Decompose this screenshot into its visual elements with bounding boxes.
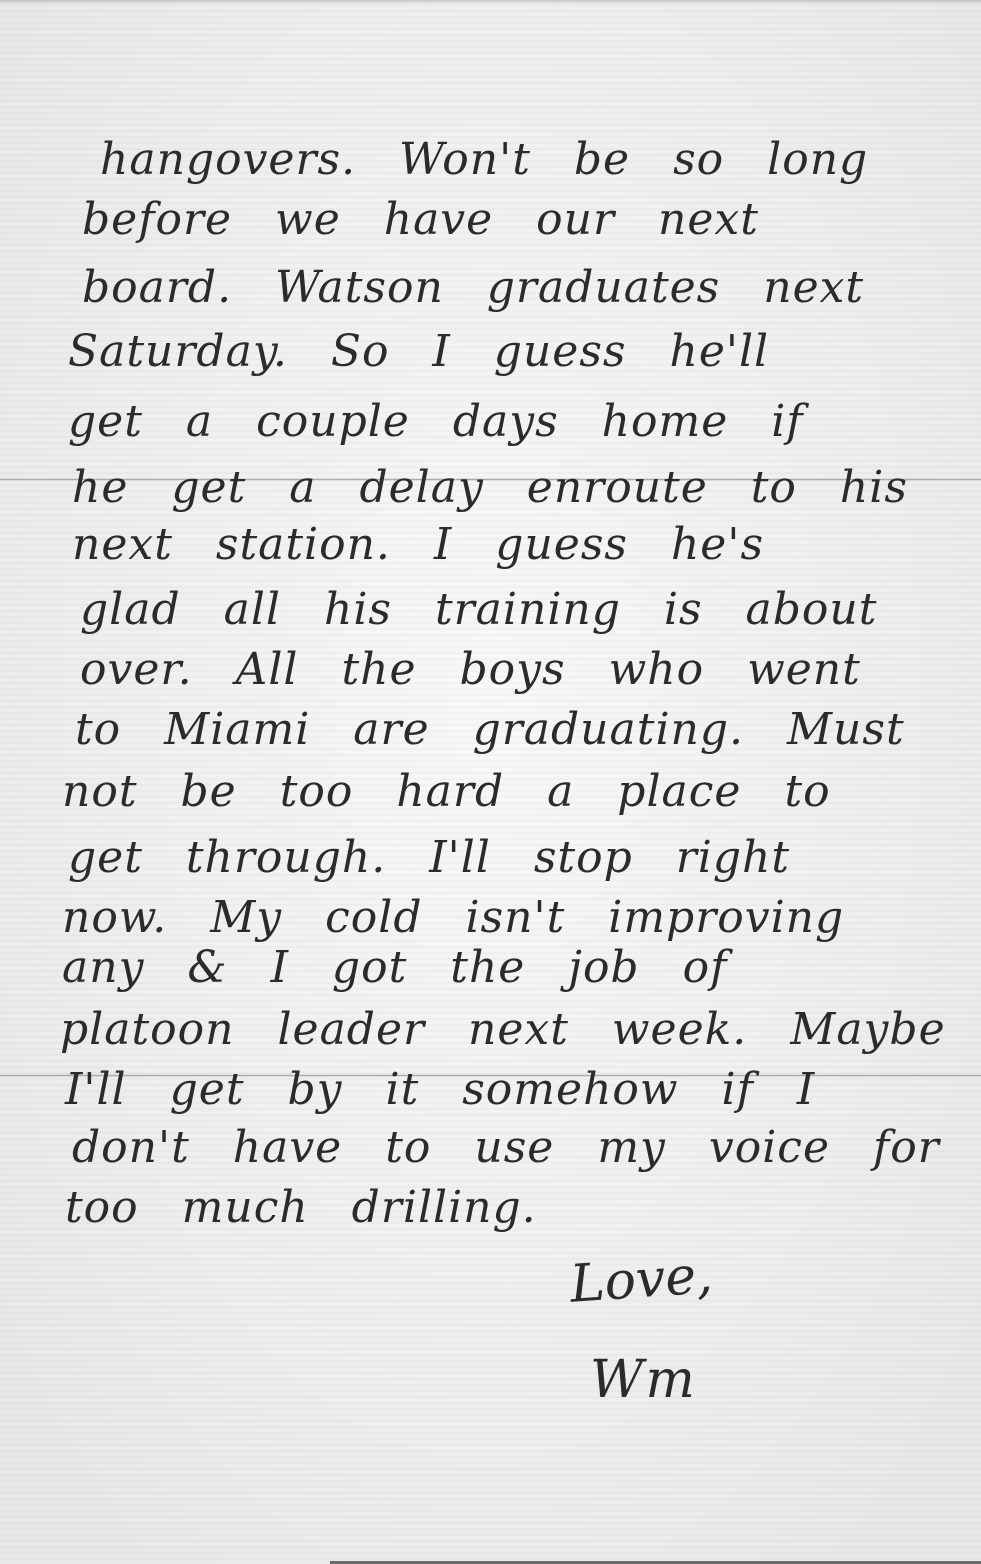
letter-line: any & I got the job of: [62, 938, 981, 998]
letter-line: board. Watson graduates next: [82, 258, 981, 318]
letter-closing: Love,: [568, 1245, 714, 1315]
letter-line: glad all his training is about: [80, 580, 981, 640]
letter-line: he get a delay enroute to his: [72, 458, 981, 518]
letter-line: hangovers. Won't be so long: [100, 130, 981, 190]
letter-line: before we have our next: [82, 190, 981, 250]
letter-line: platoon leader next week. Maybe: [60, 1000, 981, 1060]
letter-signature: Wm: [590, 1350, 697, 1410]
letter-line: to Miami are graduating. Must: [75, 700, 981, 760]
letter-line: Saturday. So I guess he'll: [68, 322, 981, 382]
letter-line: don't have to use my voice for: [72, 1118, 981, 1178]
letter-line: not be too hard a place to: [62, 762, 981, 822]
letter-line: I'll get by it somehow if I: [65, 1060, 981, 1120]
paper-top-edge: [0, 0, 981, 4]
letter-line: get a couple days home if: [68, 392, 981, 452]
letter-line: next station. I guess he's: [72, 515, 981, 575]
letter-page: hangovers. Won't be so longbefore we hav…: [0, 0, 981, 1564]
letter-line: too much drilling.: [65, 1178, 981, 1238]
letter-line: over. All the boys who went: [80, 640, 981, 700]
letter-line: get through. I'll stop right: [68, 828, 981, 888]
